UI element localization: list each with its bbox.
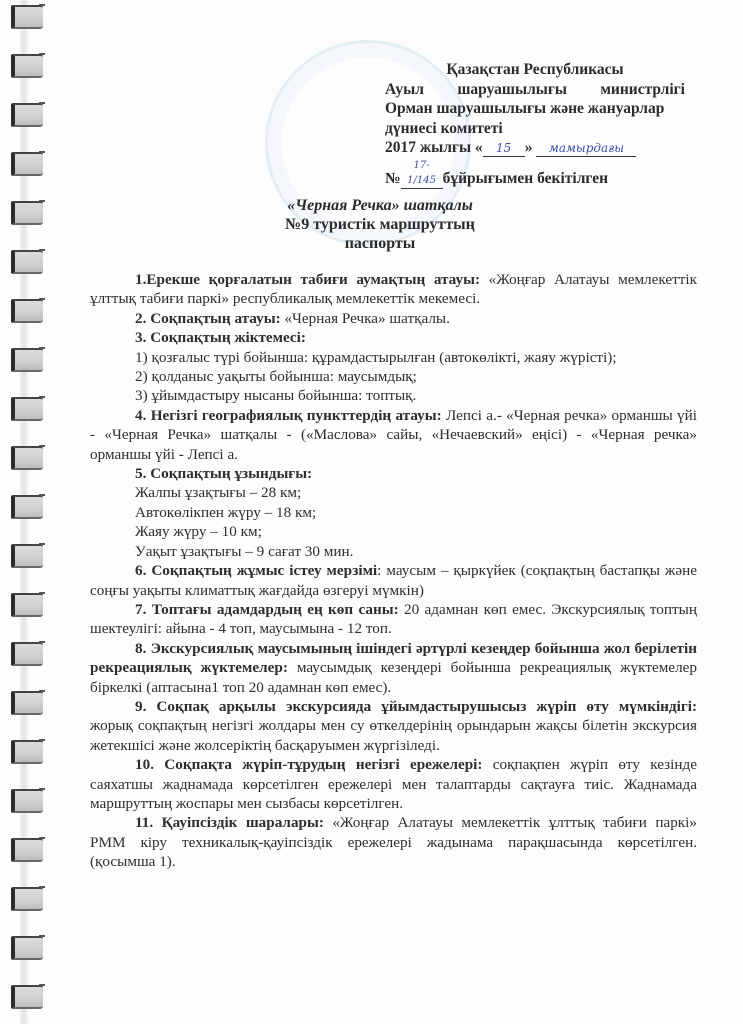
section-8: 8. Экскурсиялық маусымының ішіндегі әртү… (90, 639, 697, 697)
handwritten-day: 15 (483, 141, 525, 157)
section-5-item: Уақыт ұзақтығы – 9 сағат 30 мин. (90, 542, 697, 561)
binding-ring-icon (11, 5, 43, 29)
document-title: «Черная Речка» шатқалы №9 туристік маршр… (200, 196, 560, 253)
order-prefix: № (385, 170, 401, 187)
order-suffix: бұйрығымен бекітілген (443, 170, 608, 187)
section-label: 4. Негізгі географиялық пункттердің атау… (135, 407, 442, 424)
document-page: Қазақстан Республикасы Ауыл шаруашылығы … (0, 0, 743, 1024)
binding-ring-icon (11, 985, 43, 1009)
approval-date: 2017 жылғы «15»мамырдағы (385, 138, 685, 158)
binding-ring-icon (11, 152, 43, 176)
section-6: 6. Соқпақтың жұмыс істеу мерзімі: маусым… (90, 561, 697, 600)
approval-committee-line2: дүниесі комитеті (385, 119, 685, 139)
approval-block: Қазақстан Республикасы Ауыл шаруашылығы … (385, 60, 685, 189)
section-text: жорық соқпақтың негізгі жолдары мен су ө… (90, 717, 697, 753)
section-text: «Черная Речка» шатқалы. (281, 310, 450, 327)
approval-ministry-word: министрлігі (600, 80, 685, 100)
date-quote: » (525, 139, 533, 156)
section-3-item: 3) ұйымдастыру нысаны бойынша: топтық. (90, 386, 697, 405)
section-label: 7. Топтағы адамдардың ең көп саны: (135, 601, 399, 618)
section-label: 9. Соқпақ арқылы экскурсияда ұйымдастыру… (135, 698, 697, 715)
section-3-item: 2) қолданыс уақыты бойынша: маусымдық; (90, 367, 697, 386)
section-label: 5. Соқпақтың ұзындығы: (135, 465, 312, 482)
section-3: 3. Соқпақтың жіктемесі: (90, 328, 697, 347)
binding-ring-icon (11, 54, 43, 78)
section-2: 2. Соқпақтың атауы: «Черная Речка» шатқа… (90, 309, 697, 328)
section-1: 1.Ерекше қорғалатын табиғи аумақтың атау… (90, 270, 697, 309)
approval-committee-line1: Орман шаруашылығы және жануарлар (385, 99, 685, 119)
section-label: 3. Соқпақтың жіктемесі: (135, 329, 306, 346)
section-label: 10. Соқпақта жүріп-тұрудың негізгі ереже… (135, 756, 482, 773)
section-10: 10. Соқпақта жүріп-тұрудың негізгі ереже… (90, 755, 697, 813)
binding-ring-icon (11, 642, 43, 666)
binding-ring-icon (11, 789, 43, 813)
binding-ring-icon (11, 936, 43, 960)
binding-ring-icon (11, 691, 43, 715)
binding-ring-icon (11, 544, 43, 568)
binding-ring-icon (11, 348, 43, 372)
binding-ring-icon (11, 103, 43, 127)
binding-ring-icon (11, 299, 43, 323)
binding-ring-icon (11, 250, 43, 274)
section-7: 7. Топтағы адамдардың ең көп саны: 20 ад… (90, 600, 697, 639)
section-label: 11. Қауіпсіздік шаралары: (135, 814, 324, 831)
document-body: 1.Ерекше қорғалатын табиғи аумақтың атау… (90, 270, 697, 872)
approval-country: Қазақстан Республикасы (385, 60, 685, 80)
section-5-item: Жаяу жүру – 10 км; (90, 522, 697, 541)
approval-order: №17-1/145бұйрығымен бекітілген (385, 158, 685, 189)
title-line-3: паспорты (200, 234, 560, 253)
section-label: 6. Соқпақтың жұмыс істеу мерзімі (135, 562, 377, 579)
approval-ministry: Ауыл шаруашылығы министрлігі (385, 80, 685, 100)
handwritten-order-number: 17-1/145 (401, 158, 443, 189)
section-5-item: Жалпы ұзақтығы – 28 км; (90, 483, 697, 502)
binding-ring-icon (11, 838, 43, 862)
section-5-item: Автокөлікпен жүру – 18 км; (90, 503, 697, 522)
spiral-binding (0, 0, 45, 1024)
section-label: 2. Соқпақтың атауы: (135, 310, 281, 327)
date-prefix: 2017 жылғы « (385, 139, 483, 156)
title-line-2: №9 туристік маршруттың (200, 215, 560, 234)
binding-ring-icon (11, 740, 43, 764)
binding-ring-icon (11, 495, 43, 519)
handwritten-month: мамырдағы (536, 141, 636, 157)
section-4: 4. Негізгі географиялық пункттердің атау… (90, 406, 697, 464)
section-3-item: 1) қозғалыс түрі бойынша: құрамдастырылғ… (90, 348, 697, 367)
binding-ring-icon (11, 593, 43, 617)
title-line-1: «Черная Речка» шатқалы (200, 196, 560, 215)
section-11: 11. Қауіпсіздік шаралары: «Жоңғар Алатау… (90, 813, 697, 871)
section-label: 1.Ерекше қорғалатын табиғи аумақтың атау… (135, 271, 480, 288)
binding-ring-icon (11, 446, 43, 470)
approval-ministry-word: шаруашылығы (457, 80, 567, 100)
binding-ring-icon (11, 887, 43, 911)
approval-ministry-word: Ауыл (385, 80, 424, 100)
section-5: 5. Соқпақтың ұзындығы: (90, 464, 697, 483)
binding-ring-icon (11, 201, 43, 225)
binding-ring-icon (11, 397, 43, 421)
section-9: 9. Соқпақ арқылы экскурсияда ұйымдастыру… (90, 697, 697, 755)
